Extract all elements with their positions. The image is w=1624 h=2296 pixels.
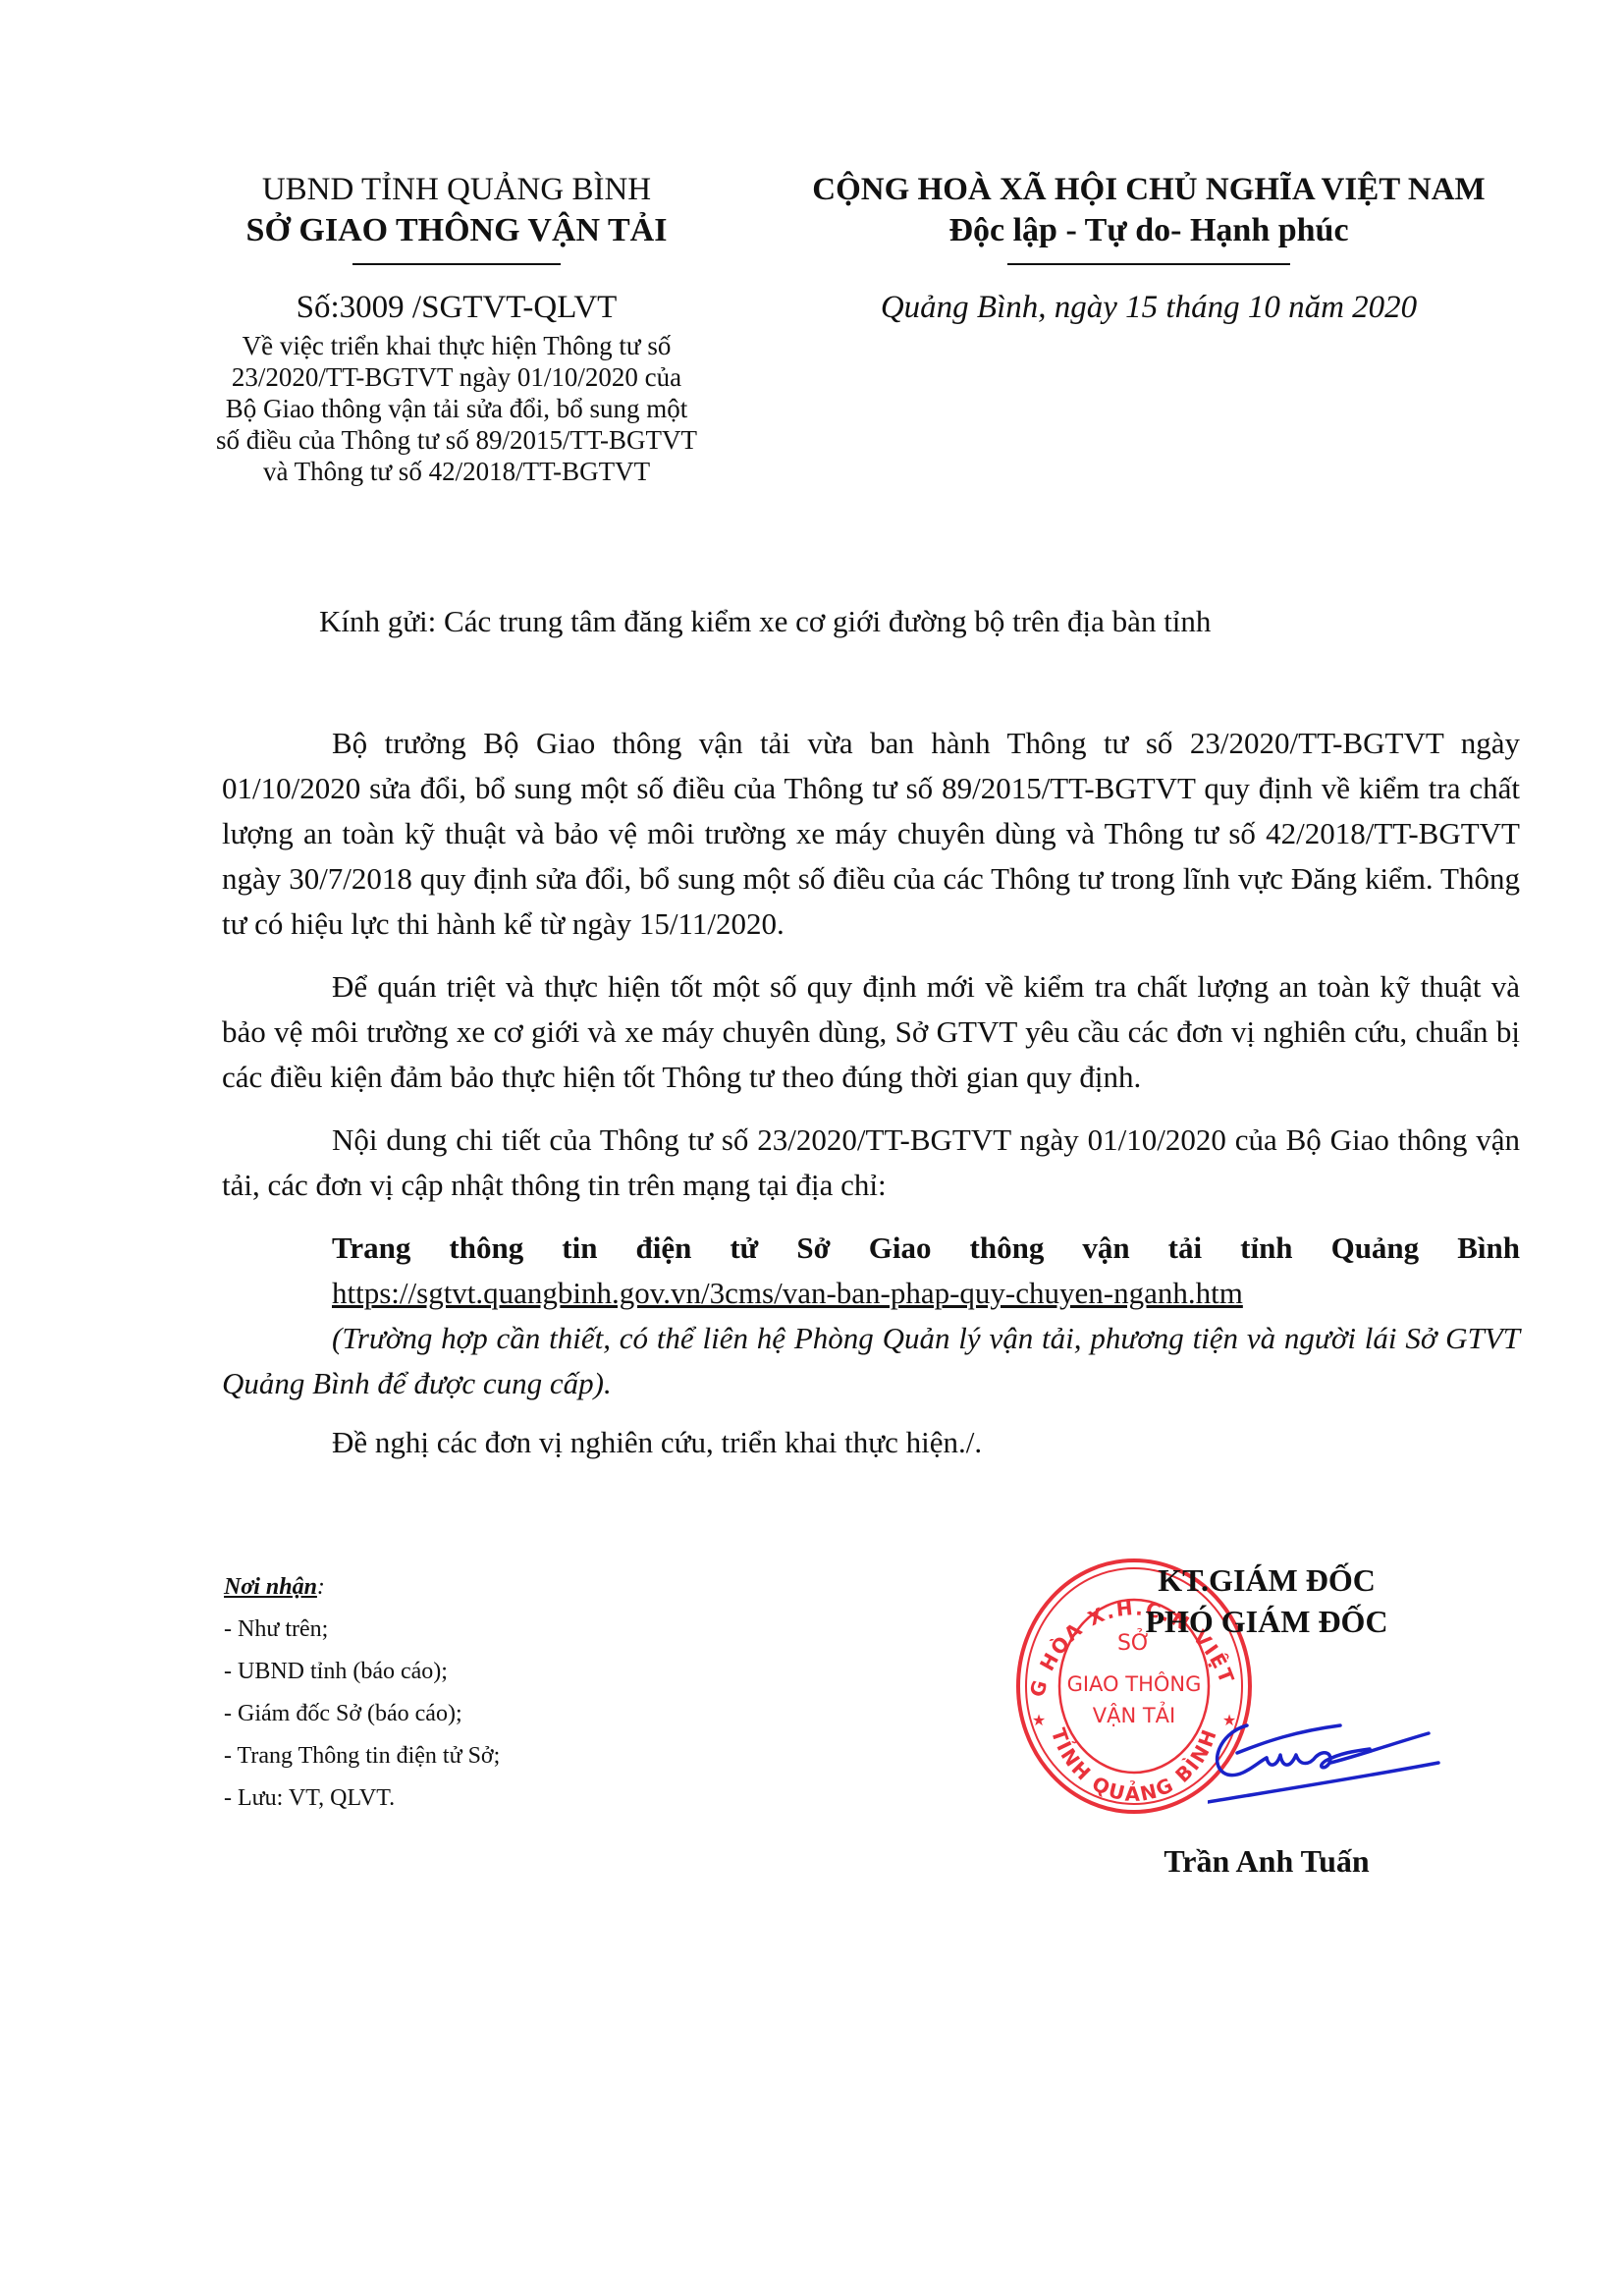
recipients-title-text: Nơi nhận [224,1574,317,1600]
motto-divider [1007,263,1290,265]
document-number: Số:3009 /SGTVT-QLVT [211,287,702,328]
reference-link-block: Trang thông tin điện tử Sở Giao thông vậ… [222,1226,1520,1406]
place-date: Quảng Bình, ngày 15 tháng 10 năm 2020 [746,287,1551,328]
svg-text:GIAO THÔNG: GIAO THÔNG [1067,1671,1202,1696]
signer-title-primary: KT.GIÁM ĐỐC [1041,1559,1492,1601]
body-paragraph: Nội dung chi tiết của Thông tư số 23/202… [222,1118,1520,1208]
contact-note: (Trường hợp cần thiết, có thể liên hệ Ph… [222,1316,1520,1406]
addressee: Kính gửi: Các trung tâm đăng kiểm xe cơ … [216,602,1522,641]
subject-line: 23/2020/TT-BGTVT ngày 01/10/2020 của [211,361,702,393]
agency-parent: UBND TỈNH QUẢNG BÌNH [211,169,702,210]
subject-line: Về việc triển khai thực hiện Thông tư số [211,330,702,361]
svg-text:VẬN TẢI: VẬN TẢI [1093,1702,1176,1727]
website-link[interactable]: https://sgtvt.quangbinh.gov.vn/3cms/van-… [222,1271,1520,1316]
subject-line: và Thông tư số 42/2018/TT-BGTVT [211,456,702,487]
signer-name: Trần Anh Tuấn [1041,1840,1492,1882]
recipient-item: - Lưu: VT, QLVT. [224,1777,734,1820]
national-motto: Độc lập - Tự do- Hạnh phúc [746,210,1551,251]
website-title: Trang thông tin điện tử Sở Giao thông vậ… [222,1226,1520,1271]
body-paragraph: Bộ trưởng Bộ Giao thông vận tải vừa ban … [222,721,1520,947]
document-subject: Về việc triển khai thực hiện Thông tư số… [211,330,702,487]
subject-line: số điều của Thông tư số 89/2015/TT-BGTVT [211,424,702,456]
handwritten-signature-icon [1208,1714,1443,1807]
signer-title-secondary: PHÓ GIÁM ĐỐC [1041,1601,1492,1642]
national-header: CỘNG HOÀ XÃ HỘI CHỦ NGHĨA VIỆT NAM Độc l… [746,169,1551,328]
agency-divider [352,263,561,265]
closing-request: Đề nghị các đơn vị nghiên cứu, triển kha… [222,1420,1520,1465]
recipients-title: Nơi nhận: [224,1566,734,1609]
recipients-list: Nơi nhận: - Như trên; - UBND tỉnh (báo c… [224,1566,734,1820]
national-title: CỘNG HOÀ XÃ HỘI CHỦ NGHĨA VIỆT NAM [746,169,1551,210]
agency-name: SỞ GIAO THÔNG VẬN TẢI [211,210,702,251]
issuer-block: UBND TỈNH QUẢNG BÌNH SỞ GIAO THÔNG VẬN T… [211,169,702,487]
recipient-item: - Như trên; [224,1609,734,1651]
recipient-item: - Giám đốc Sở (báo cáo); [224,1693,734,1735]
recipient-item: - Trang Thông tin điện tử Sở; [224,1735,734,1777]
body-paragraph: Để quán triệt và thực hiện tốt một số qu… [222,964,1520,1100]
letter-body: Bộ trưởng Bộ Giao thông vận tải vừa ban … [222,721,1520,1483]
subject-line: Bộ Giao thông vận tải sửa đổi, bổ sung m… [211,393,702,424]
svg-text:★: ★ [1032,1711,1046,1729]
recipient-item: - UBND tỉnh (báo cáo); [224,1651,734,1693]
